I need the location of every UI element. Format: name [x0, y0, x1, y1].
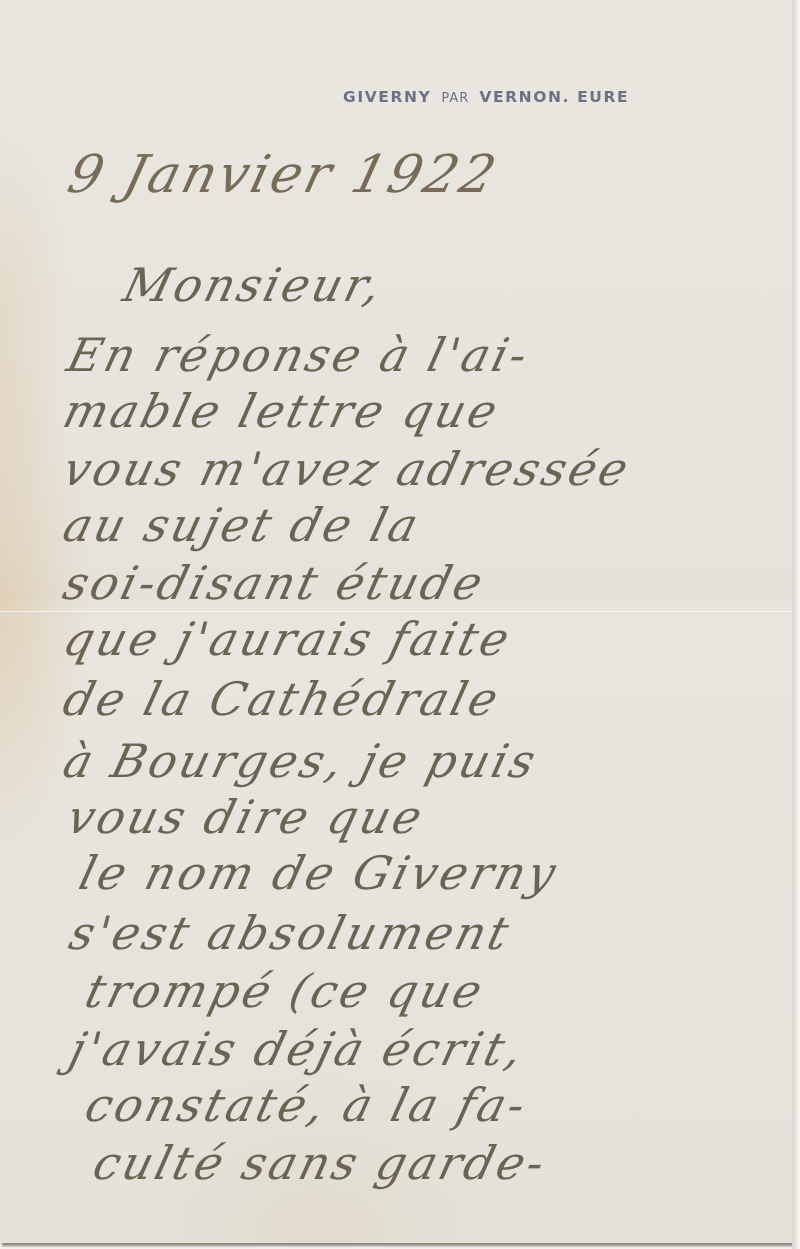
letter-line: j'avais déjà écrit, — [64, 1022, 531, 1076]
letter-line: mable lettre que — [58, 384, 506, 438]
letterhead: GIVERNY PAR VERNON. EURE — [343, 88, 629, 106]
letter-line: culté sans garde- — [88, 1136, 553, 1190]
letter-line: le nom de Giverny — [74, 846, 564, 900]
letter-line: En réponse à l'ai- — [62, 328, 536, 382]
letter-date: 9 Janvier 1922 — [62, 145, 504, 205]
letterhead-connector: PAR — [441, 91, 469, 106]
page-edge — [792, 0, 800, 1249]
letter-line: vous dire que — [62, 790, 430, 844]
salutation: Monsieur, — [118, 258, 390, 312]
letter-line: trompé (ce que — [80, 964, 490, 1018]
letter-line: soi-disant étude — [58, 556, 491, 610]
letter-line: au sujet de la — [58, 498, 426, 552]
letter-line: que j'aurais faite — [58, 612, 518, 666]
letter-line: constaté, à la fa- — [80, 1078, 534, 1132]
letterhead-town: VERNON. EURE — [479, 88, 629, 106]
letter-line: s'est absolument — [64, 906, 517, 960]
letter-line: vous m'avez adressée — [58, 442, 637, 496]
letter-line: à Bourges, je puis — [58, 734, 544, 788]
letterhead-place: GIVERNY — [343, 88, 431, 106]
letter-sheet: GIVERNY PAR VERNON. EURE 9 Janvier 1922 … — [0, 0, 792, 1243]
letter-line: de la Cathédrale — [58, 672, 506, 726]
